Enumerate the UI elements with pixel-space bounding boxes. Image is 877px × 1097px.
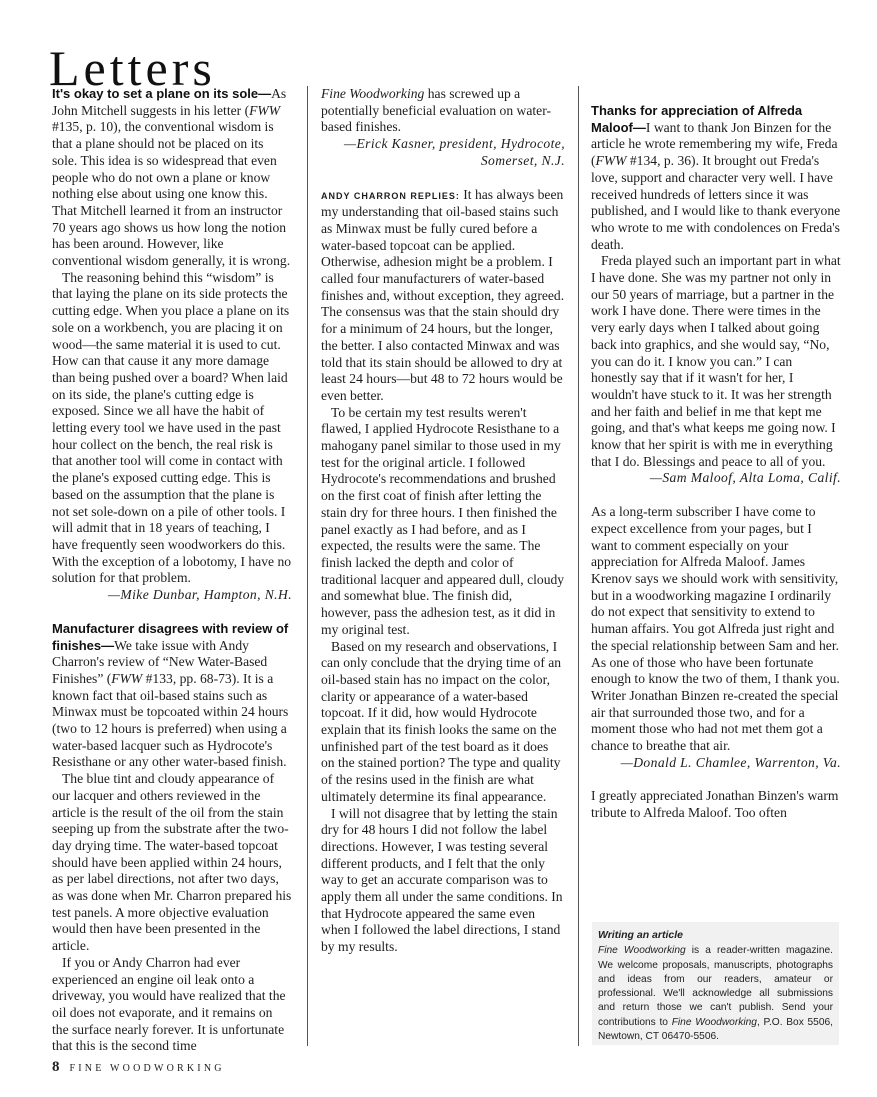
reply-paragraph: Based on my research and observations, I… — [321, 639, 565, 806]
letter-signature: —Sam Maloof, Alta Loma, Calif. — [591, 470, 841, 487]
letter-paragraph: I greatly appreciated Jonathan Binzen's … — [591, 788, 841, 821]
letter-paragraph: The reasoning behind this “wisdom” is th… — [52, 270, 292, 587]
column-1: It's okay to set a plane on its sole—As … — [52, 86, 292, 1055]
letter-manufacturer: Manufacturer disagrees with review of fi… — [52, 621, 292, 1055]
letter-paragraph: Freda played such an important part in w… — [591, 253, 841, 470]
writing-an-article-box: Writing an article Fine Woodworking is a… — [592, 922, 839, 1045]
reply-label: ANDY CHARRON REPLIES: — [321, 191, 460, 201]
letter-alfreda-maloof: Thanks for appreciation of Alfreda Maloo… — [591, 103, 841, 487]
letter-paragraph-continued: If you or Andy Charron had ever experien… — [52, 955, 292, 1055]
letter-signature-location: Somerset, N.J. — [321, 153, 565, 170]
column-3: Thanks for appreciation of Alfreda Maloo… — [591, 20, 841, 822]
column-divider — [307, 86, 308, 1046]
reply-paragraph: To be certain my test results weren't fl… — [321, 405, 565, 639]
column-divider — [578, 86, 579, 1046]
box-title: Writing an article — [598, 928, 833, 942]
page-number: 8 — [52, 1059, 60, 1075]
letter-tribute: I greatly appreciated Jonathan Binzen's … — [591, 788, 841, 821]
reply-andy-charron: ANDY CHARRON REPLIES: It has always been… — [321, 187, 565, 956]
letter-plane-sole: It's okay to set a plane on its sole—As … — [52, 86, 292, 604]
page-footer: 8FINE WOODWORKING — [52, 1058, 225, 1076]
letter-signature: —Erick Kasner, president, Hydrocote, — [321, 136, 565, 153]
box-body: Fine Woodworking is a reader-written mag… — [598, 944, 833, 1044]
letter-paragraph: As a long-term subscriber I have come to… — [591, 504, 841, 755]
letter-headline: It's okay to set a plane on its sole— — [52, 86, 271, 101]
letter-signature: —Mike Dunbar, Hampton, N.H. — [52, 587, 292, 604]
letter-paragraph: The blue tint and cloudy appearance of o… — [52, 771, 292, 955]
letter-signature: —Donald L. Chamlee, Warrenton, Va. — [591, 755, 841, 772]
letter-subscriber: As a long-term subscriber I have come to… — [591, 504, 841, 771]
magazine-name: FINE WOODWORKING — [70, 1063, 225, 1074]
column-2: Fine Woodworking has screwed up a potent… — [321, 86, 565, 956]
reply-paragraph: I will not disagree that by letting the … — [321, 806, 565, 956]
